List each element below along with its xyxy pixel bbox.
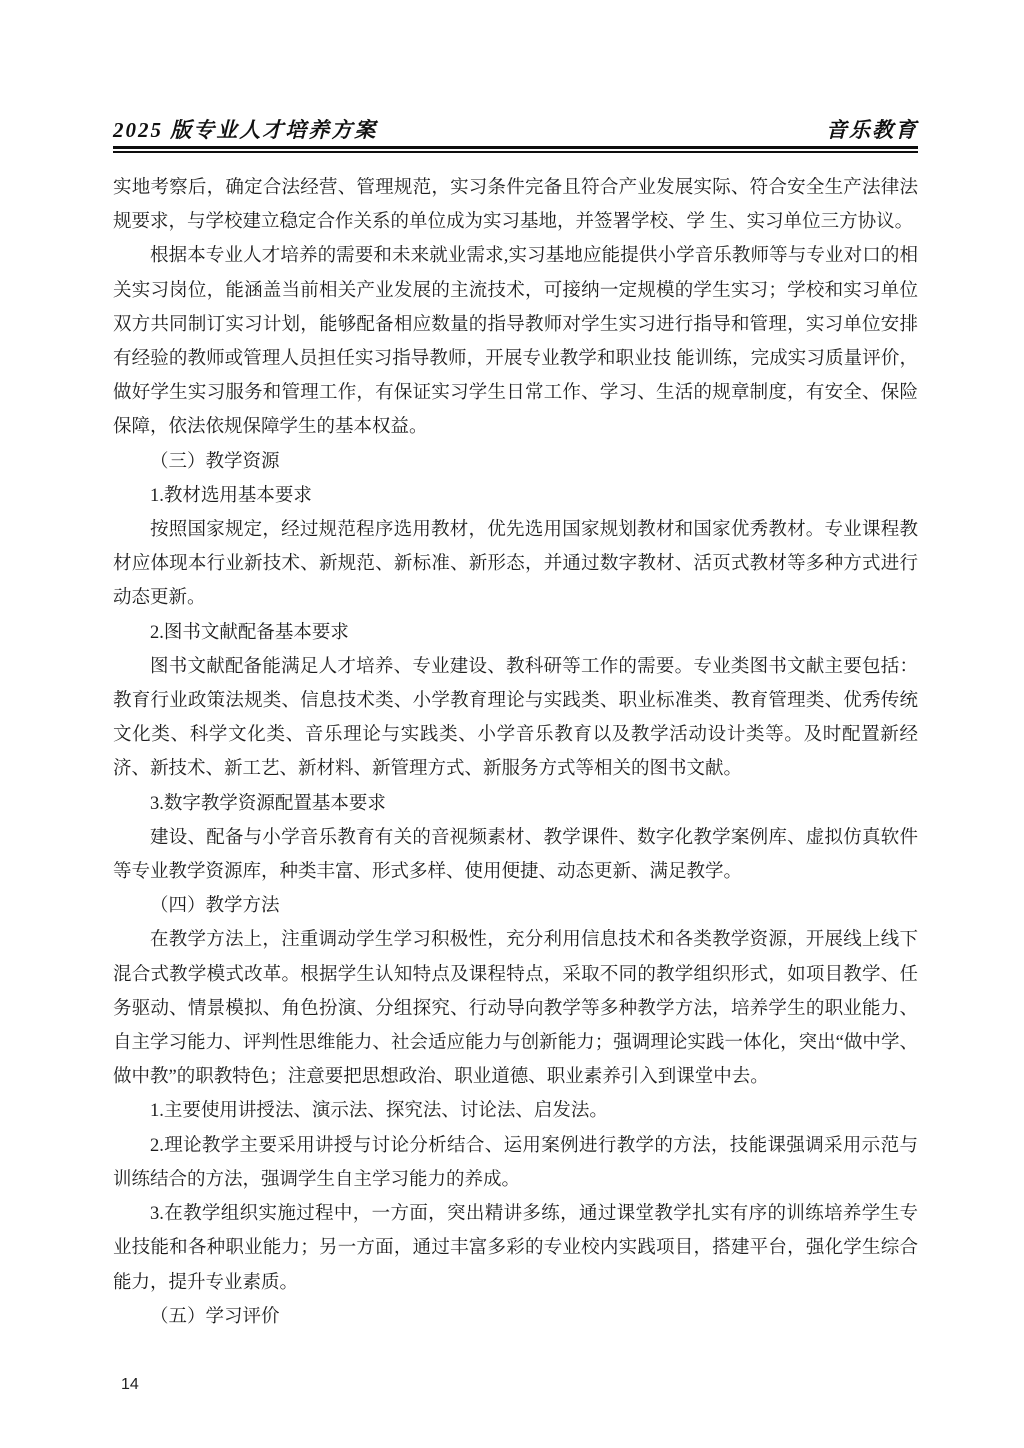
document-page: 2025 版专业人才培养方案 音乐教育 实地考察后，确定合法经营、管理规范，实习… <box>0 0 1024 1448</box>
body-paragraph: 在教学方法上，注重调动学生学习积极性，充分利用信息技术和各类教学资源，开展线上线… <box>113 923 918 1094</box>
body-paragraph: 根据本专业人才培养的需要和未来就业需求,实习基地应能提供小学音乐教师等与专业对口… <box>113 239 918 444</box>
header-left-title: 2025 版专业人才培养方案 <box>113 114 377 144</box>
page-number: 14 <box>121 1376 139 1393</box>
section-heading: （三）教学资源 <box>113 445 918 479</box>
numbered-item: 1.主要使用讲授法、演示法、探究法、讨论法、启发法。 <box>113 1094 918 1128</box>
page-footer: 14 <box>121 1376 139 1394</box>
header-right-title: 音乐教育 <box>826 114 918 144</box>
numbered-item: 3.在教学组织实施过程中，一方面，突出精讲多练，通过课堂教学扎实有序的训练培养学… <box>113 1197 918 1300</box>
subsection-heading: 3.数字教学资源配置基本要求 <box>113 787 918 821</box>
header-divider-rule <box>113 146 918 153</box>
subsection-heading: 2.图书文献配备基本要求 <box>113 616 918 650</box>
document-body: 实地考察后，确定合法经营、管理规范，实习条件完备且符合产业发展实际、符合安全生产… <box>113 171 918 1334</box>
numbered-item: 2.理论教学主要采用讲授与讨论分析结合、运用案例进行教学的方法，技能课强调采用示… <box>113 1129 918 1197</box>
page-header: 2025 版专业人才培养方案 音乐教育 <box>113 114 918 144</box>
subsection-heading: 1.教材选用基本要求 <box>113 479 918 513</box>
section-heading: （五）学习评价 <box>113 1300 918 1334</box>
body-paragraph: 建设、配备与小学音乐教育有关的音视频素材、教学课件、数字化教学案例库、虚拟仿真软… <box>113 821 918 889</box>
body-paragraph: 按照国家规定，经过规范程序选用教材，优先选用国家规划教材和国家优秀教材。专业课程… <box>113 513 918 616</box>
body-paragraph: 图书文献配备能满足人才培养、专业建设、教科研等工作的需要。专业类图书文献主要包括… <box>113 650 918 787</box>
section-heading: （四）教学方法 <box>113 889 918 923</box>
body-paragraph: 实地考察后，确定合法经营、管理规范，实习条件完备且符合产业发展实际、符合安全生产… <box>113 171 918 239</box>
